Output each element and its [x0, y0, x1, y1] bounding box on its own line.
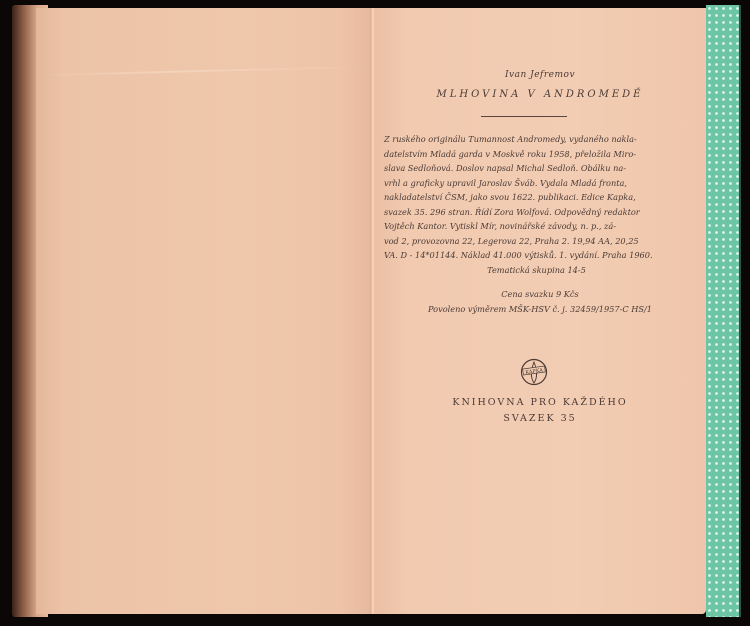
colophon-line: Z ruského originálu Tumannost Andromedy,…: [384, 132, 689, 147]
open-book: Ivan Jefremov MLHOVINA V ANDROMEDĚ Z rus…: [10, 5, 740, 617]
kapka-logo-icon: KAPKA: [520, 358, 548, 386]
colophon-line: Vojtěch Kantor. Vytiskl Mír, novinářské …: [384, 219, 689, 234]
colophon-line: datelstvím Mladá garda v Moskvě roku 195…: [384, 147, 689, 162]
colophon-line: vod 2, provozovna 22, Legerova 22, Praha…: [384, 234, 689, 249]
left-page-blank: [36, 8, 373, 614]
series-name: KNIHOVNA PRO KAŽDÉHO: [374, 397, 706, 408]
colophon-line: vrhl a graficky upravil Jaroslav Šváb. V…: [384, 176, 689, 191]
right-cover-green-dotted: [706, 5, 741, 617]
colophon-text: Z ruského originálu Tumannost Andromedy,…: [384, 132, 689, 277]
permit-line: Povoleno výměrem MŠK-HSV č. j. 32459/195…: [374, 304, 706, 314]
colophon-line: VA. D - 14*01144. Náklad 41.000 výtisků.…: [384, 248, 689, 263]
colophon-line: slava Sedloňová. Doslov napsal Michal Se…: [384, 161, 689, 176]
title-divider: [481, 116, 567, 117]
right-page-imprint: Ivan Jefremov MLHOVINA V ANDROMEDĚ Z rus…: [374, 8, 706, 614]
page-crease: [36, 66, 373, 77]
price-line: Cena svazku 9 Kčs: [374, 289, 706, 299]
colophon-line: svazek 35. 296 stran. Řídí Zora Wolfová.…: [384, 205, 689, 220]
author-name: Ivan Jefremov: [374, 70, 706, 80]
colophon-line: nakladatelství ČSM, jako svou 1622. publ…: [384, 190, 689, 205]
colophon-line: Tematická skupina 14-5: [384, 263, 689, 278]
book-title: MLHOVINA V ANDROMEDĚ: [374, 89, 706, 100]
volume-number: SVAZEK 35: [374, 413, 706, 424]
svg-text:KAPKA: KAPKA: [525, 368, 544, 376]
